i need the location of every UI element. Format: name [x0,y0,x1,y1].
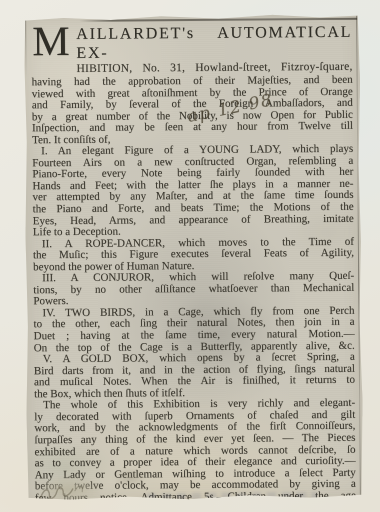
article-headline: M AILLARDET's AUTOMATICAL EX- HIBITION, … [31,23,352,77]
newspaper-clipping: M AILLARDET's AUTOMATICAL EX- HIBITION, … [23,14,364,502]
headline-line-1: AILLARDET's AUTOMATICAL EX- [31,23,352,64]
paper-stain [113,467,147,487]
show-through-ghost-text [147,492,317,505]
article-text: M AILLARDET's AUTOMATICAL EX- HIBITION, … [31,23,356,512]
article-line: of 10 half-price. [35,502,356,512]
top-column-rule [79,18,357,22]
left-column-rule [25,18,27,78]
headline-line-2: HIBITION, No. 31, Howland-ſtreet, Fitzro… [31,61,352,77]
dropcap-initial: M [32,27,70,57]
right-column-rule [356,16,361,495]
